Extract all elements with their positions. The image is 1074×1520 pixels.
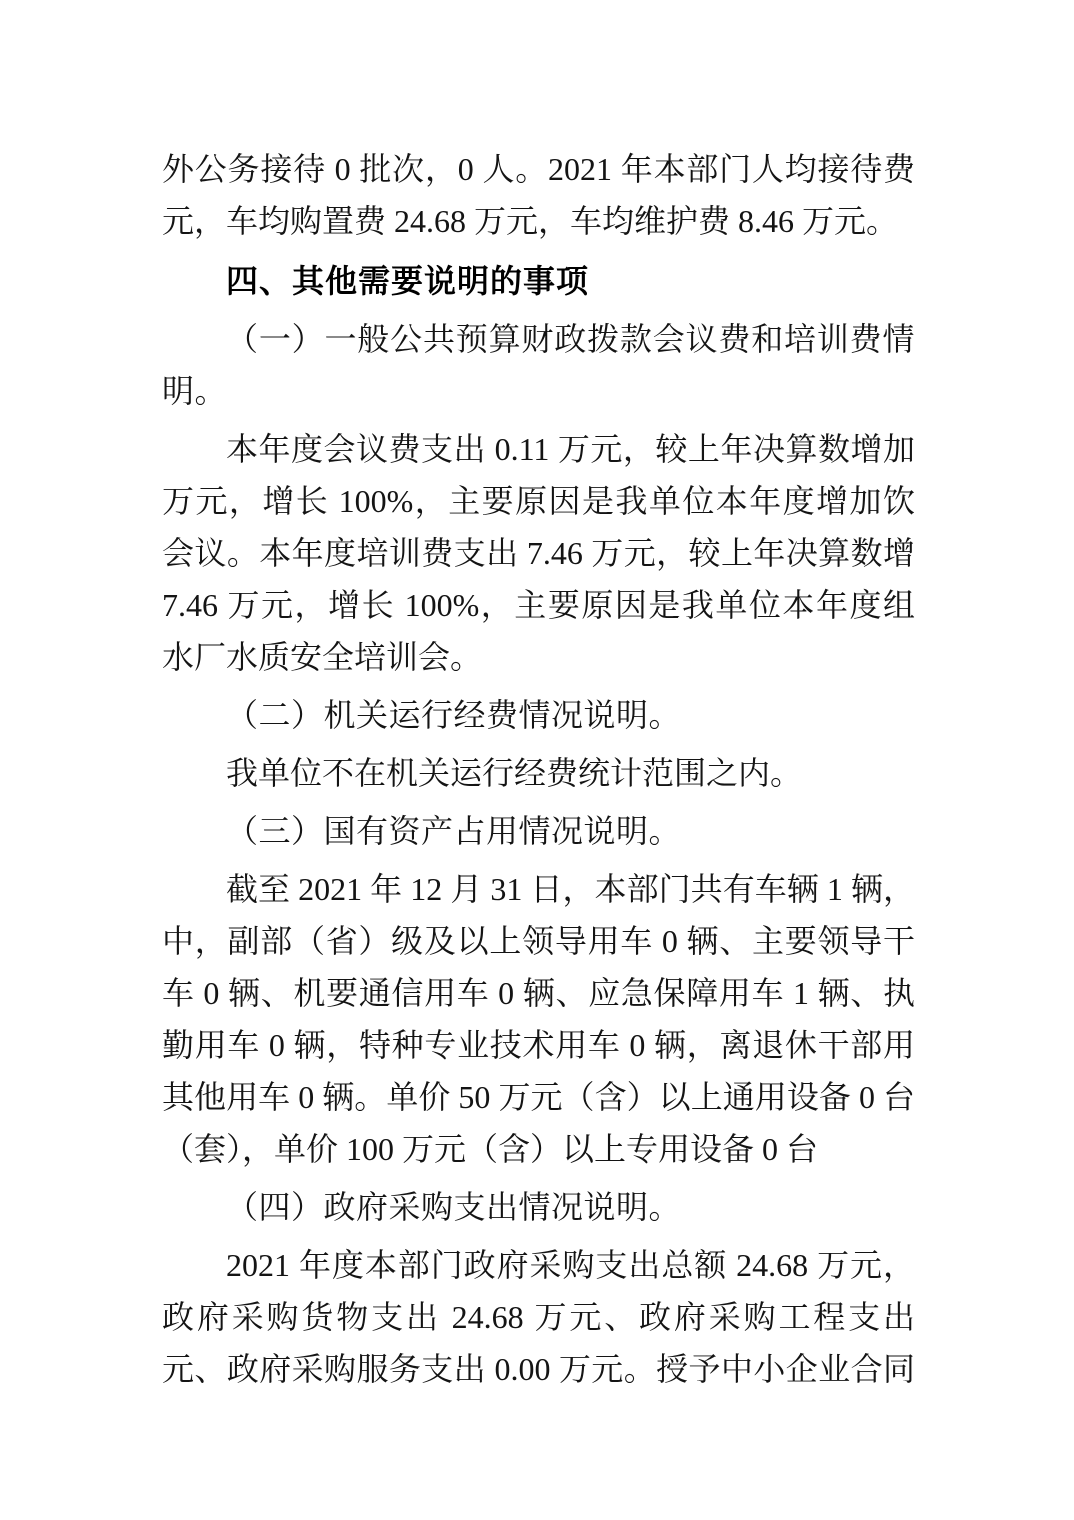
text-line: 外公务接待 0 批次，0 人。2021 年本部门人均接待费 0.00 bbox=[162, 143, 915, 195]
text-line: 元，车均购置费 24.68 万元，车均维护费 8.46 万元。 bbox=[162, 195, 915, 247]
text-line: 中，副部（省）级及以上领导用车 0 辆、主要领导干部用 bbox=[162, 915, 915, 967]
text-line: 万元，增长 100%，主要原因是我单位本年度增加饮水安全 bbox=[162, 475, 915, 527]
document-body: 外公务接待 0 批次，0 人。2021 年本部门人均接待费 0.00元，车均购置… bbox=[162, 143, 915, 1395]
text-line: （套），单价 100 万元（含）以上专用设备 0 台（套）。 bbox=[162, 1123, 915, 1175]
subsection-heading: （四）政府采购支出情况说明。 bbox=[162, 1181, 915, 1233]
subsection-heading: 明。 bbox=[162, 365, 915, 417]
text-line: 会议。本年度培训费支出 7.46 万元，较上年决算数增加 bbox=[162, 527, 915, 579]
text-line: 2021 年度本部门政府采购支出总额 24.68 万元，其中： bbox=[162, 1239, 915, 1291]
text-line: 水厂水质安全培训会。 bbox=[162, 631, 915, 683]
text-line: 其他用车 0 辆。单价 50 万元（含）以上通用设备 0 台 bbox=[162, 1071, 915, 1123]
subsection-heading: （二）机关运行经费情况说明。 bbox=[162, 689, 915, 741]
text-line: 车 0 辆、机要通信用车 0 辆、应急保障用车 1 辆、执法执 bbox=[162, 967, 915, 1019]
text-line: 本年度会议费支出 0.11 万元，较上年决算数增加 0.11 bbox=[162, 423, 915, 475]
text-line: 截至 2021 年 12 月 31 日，本部门共有车辆 1 辆，其 bbox=[162, 863, 915, 915]
text-line: 勤用车 0 辆，特种专业技术用车 0 辆，离退休干部用车 0 辆， bbox=[162, 1019, 915, 1071]
text-line: 元、政府采购服务支出 0.00 万元。授予中小企业合同金额 bbox=[162, 1343, 915, 1395]
text-line: 我单位不在机关运行经费统计范围之内。 bbox=[162, 747, 915, 799]
section-heading: 四、其他需要说明的事项 bbox=[162, 255, 915, 307]
subsection-heading: （三）国有资产占用情况说明。 bbox=[162, 805, 915, 857]
document-page: 外公务接待 0 批次，0 人。2021 年本部门人均接待费 0.00元，车均购置… bbox=[0, 0, 1074, 1520]
subsection-heading: （一）一般公共预算财政拨款会议费和培训费情况说 bbox=[162, 313, 915, 365]
text-line: 7.46 万元，增长 100%，主要原因是我单位本年度组织乡镇 bbox=[162, 579, 915, 631]
text-line: 政府采购货物支出 24.68 万元、政府采购工程支出 0.00 万 bbox=[162, 1291, 915, 1343]
